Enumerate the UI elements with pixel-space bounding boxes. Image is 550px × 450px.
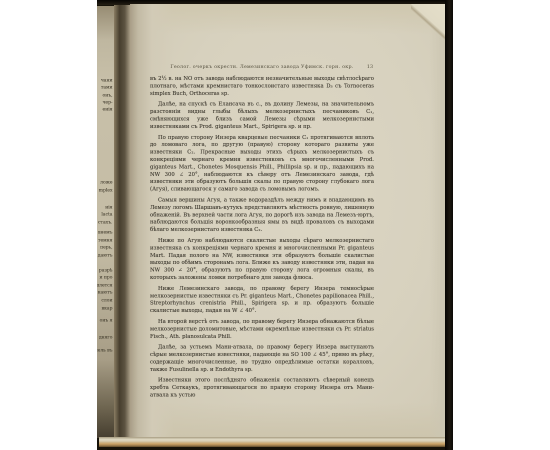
verso-fragment-text: и про — [99, 275, 112, 280]
verso-fragment-text: онъ я — [100, 318, 113, 323]
facing-page-sliver: чанитамионъ,чер-еніяложеmplexніяlactaста… — [97, 6, 114, 438]
book-page: Геолог. очеркъ окрестн. Лемезинскаго зав… — [130, 4, 445, 437]
verso-fragment-text: даютъ — [98, 253, 113, 258]
verso-fragment-text: lacta — [101, 212, 112, 217]
verso-fragment-text: вкар — [102, 306, 113, 311]
body-text: въ 2½ в. на NO отъ завода наблюдаются не… — [150, 75, 374, 399]
verso-fragment-text: стахъ. — [98, 220, 113, 225]
photo-backdrop: { "photo": { "background_color": "#fffff… — [0, 0, 550, 450]
page-number: 13 — [367, 64, 373, 70]
verso-fragment-text: нія — [105, 205, 112, 210]
verso-fragments: чанитамионъ,чер-еніяложеmplexніяlactaста… — [97, 6, 114, 438]
paragraph: Ниже Лемезинскаго завода, по правому бер… — [150, 285, 374, 315]
paragraph: Ниже по Агую наблюдаются скалистые выход… — [150, 237, 374, 281]
page-corner-crease — [411, 4, 445, 50]
verso-fragment-text: ложе — [100, 180, 112, 185]
paragraph: Далѣе, на спускѣ съ Елансача въ с., въ д… — [150, 101, 374, 131]
verso-fragment-text: чер- — [102, 100, 112, 105]
verso-fragment-text: каютъ — [98, 290, 113, 295]
verso-fragment-text: дняго — [99, 335, 113, 340]
verso-fragment-text: мель въ — [97, 348, 113, 353]
verso-fragment-text: чани — [101, 78, 113, 83]
gutter-shadow — [114, 5, 130, 438]
verso-fragment-text: внемъ — [98, 230, 113, 235]
paragraph: Самыя вершины Агуя, а также водораздѣлъ … — [150, 196, 374, 233]
verso-fragment-text: разрѣ — [99, 268, 113, 273]
book-photo: чанитамионъ,чер-еніяложеmplexніяlactaста… — [97, 0, 453, 450]
page-text-layer: Геолог. очеркъ окрестн. Лемезинскаго зав… — [150, 64, 374, 402]
paragraph: въ 2½ в. на NO отъ завода наблюдаются не… — [150, 75, 374, 97]
verso-fragment-text: слои — [101, 298, 112, 303]
verso-fragment-text: перь, — [100, 245, 112, 250]
verso-fragment-text: mplex — [99, 188, 113, 193]
running-head: Геолог. очеркъ окрестн. Лемезинскаго зав… — [150, 64, 374, 70]
paragraph: Известняки этого послѣдняго обнаженія со… — [150, 377, 374, 399]
verso-fragment-text: темня — [98, 238, 112, 243]
verso-fragment-text: енія — [103, 107, 113, 112]
bottom-page-edges — [99, 437, 448, 447]
fore-edge-shadow — [445, 0, 453, 450]
running-title: Геолог. очеркъ окрестн. Лемезинскаго зав… — [170, 64, 353, 70]
paragraph: На второй верстѣ отъ завода, по правому … — [150, 318, 374, 340]
verso-fragment-text: онъ, — [102, 93, 112, 98]
paragraph: Далѣе, за устьемъ Мани-атвала, по правом… — [150, 344, 374, 374]
verso-fragment-text: шлется — [97, 283, 113, 288]
verso-fragment-text: тами — [101, 85, 113, 90]
paragraph: По правую сторону Инзера кварцевые песча… — [150, 134, 374, 193]
